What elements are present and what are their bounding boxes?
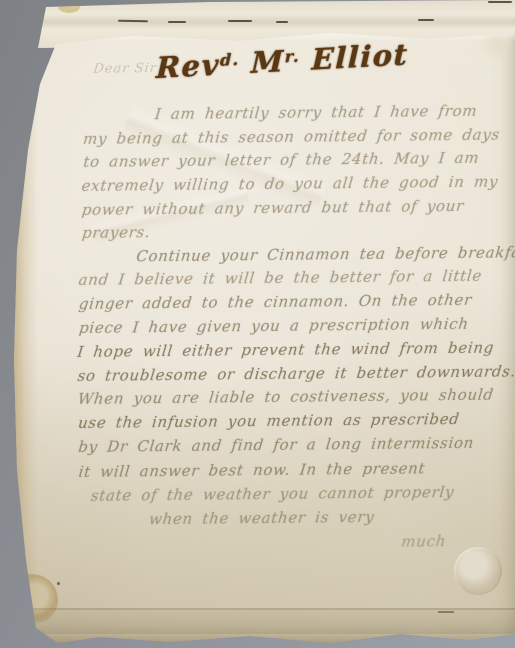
crease-mark (228, 20, 252, 22)
letter-line: when the weather is very (148, 508, 375, 528)
letter-line: so troublesome or discharge it better do… (77, 362, 515, 385)
stain-speck (22, 586, 25, 589)
letter-line: and I believe it will be the better for … (78, 267, 483, 289)
letter-line: I hope will either prevent the wind from… (76, 339, 495, 361)
letter-line: state of the weather you cannot properly (90, 483, 455, 505)
letter-line: by Dr Clark and find for a long intermis… (77, 434, 475, 456)
letter-line: I am heartily sorry that I have from (154, 102, 478, 123)
docket-superscript-r: r. (285, 46, 301, 66)
letter-line: piece I have given you a prescription wh… (78, 315, 470, 337)
handwriting-layer: Dear Sir Revd. Mr. Elliot I am heartily … (0, 0, 515, 648)
letter-line: it will answer best now. In the present (78, 459, 427, 481)
letter-line: to answer your letter of the 24th. May I… (82, 149, 480, 171)
manuscript-photo: Dear Sir Revd. Mr. Elliot I am heartily … (0, 0, 515, 648)
docket-heading: Revd. Mr. Elliot (155, 37, 409, 85)
docket-word-rev: Rev (155, 47, 220, 85)
letter-line: Continue your Cinnamon tea before breakf… (135, 243, 515, 265)
docket-word-elliot: Elliot (300, 37, 409, 77)
docket-word-m: M (239, 44, 285, 81)
crease-mark (418, 19, 434, 21)
letter-line: prayers. (81, 223, 151, 242)
crease-mark (488, 1, 512, 3)
paper-spot (58, 1, 80, 13)
letter-line: power without any reward but that of you… (81, 197, 465, 219)
letter-page: Dear Sir Revd. Mr. Elliot I am heartily … (0, 0, 515, 648)
letter-line: When you are liable to costiveness, you … (77, 386, 495, 408)
letter-line: ginger added to the cinnamon. On the oth… (78, 291, 473, 313)
letter-line: extremely willing to do you all the good… (81, 172, 500, 194)
catchword: much (400, 532, 447, 550)
crease-mark (118, 20, 148, 23)
docket-superscript-d: d. (220, 50, 240, 70)
letter-line: use the infusion you mention as prescrib… (77, 410, 461, 432)
salutation-line: Dear Sir (92, 61, 157, 77)
crease-mark (168, 21, 186, 23)
letter-line: my being at this season omitted for some… (82, 125, 501, 147)
crease-mark (276, 21, 288, 23)
